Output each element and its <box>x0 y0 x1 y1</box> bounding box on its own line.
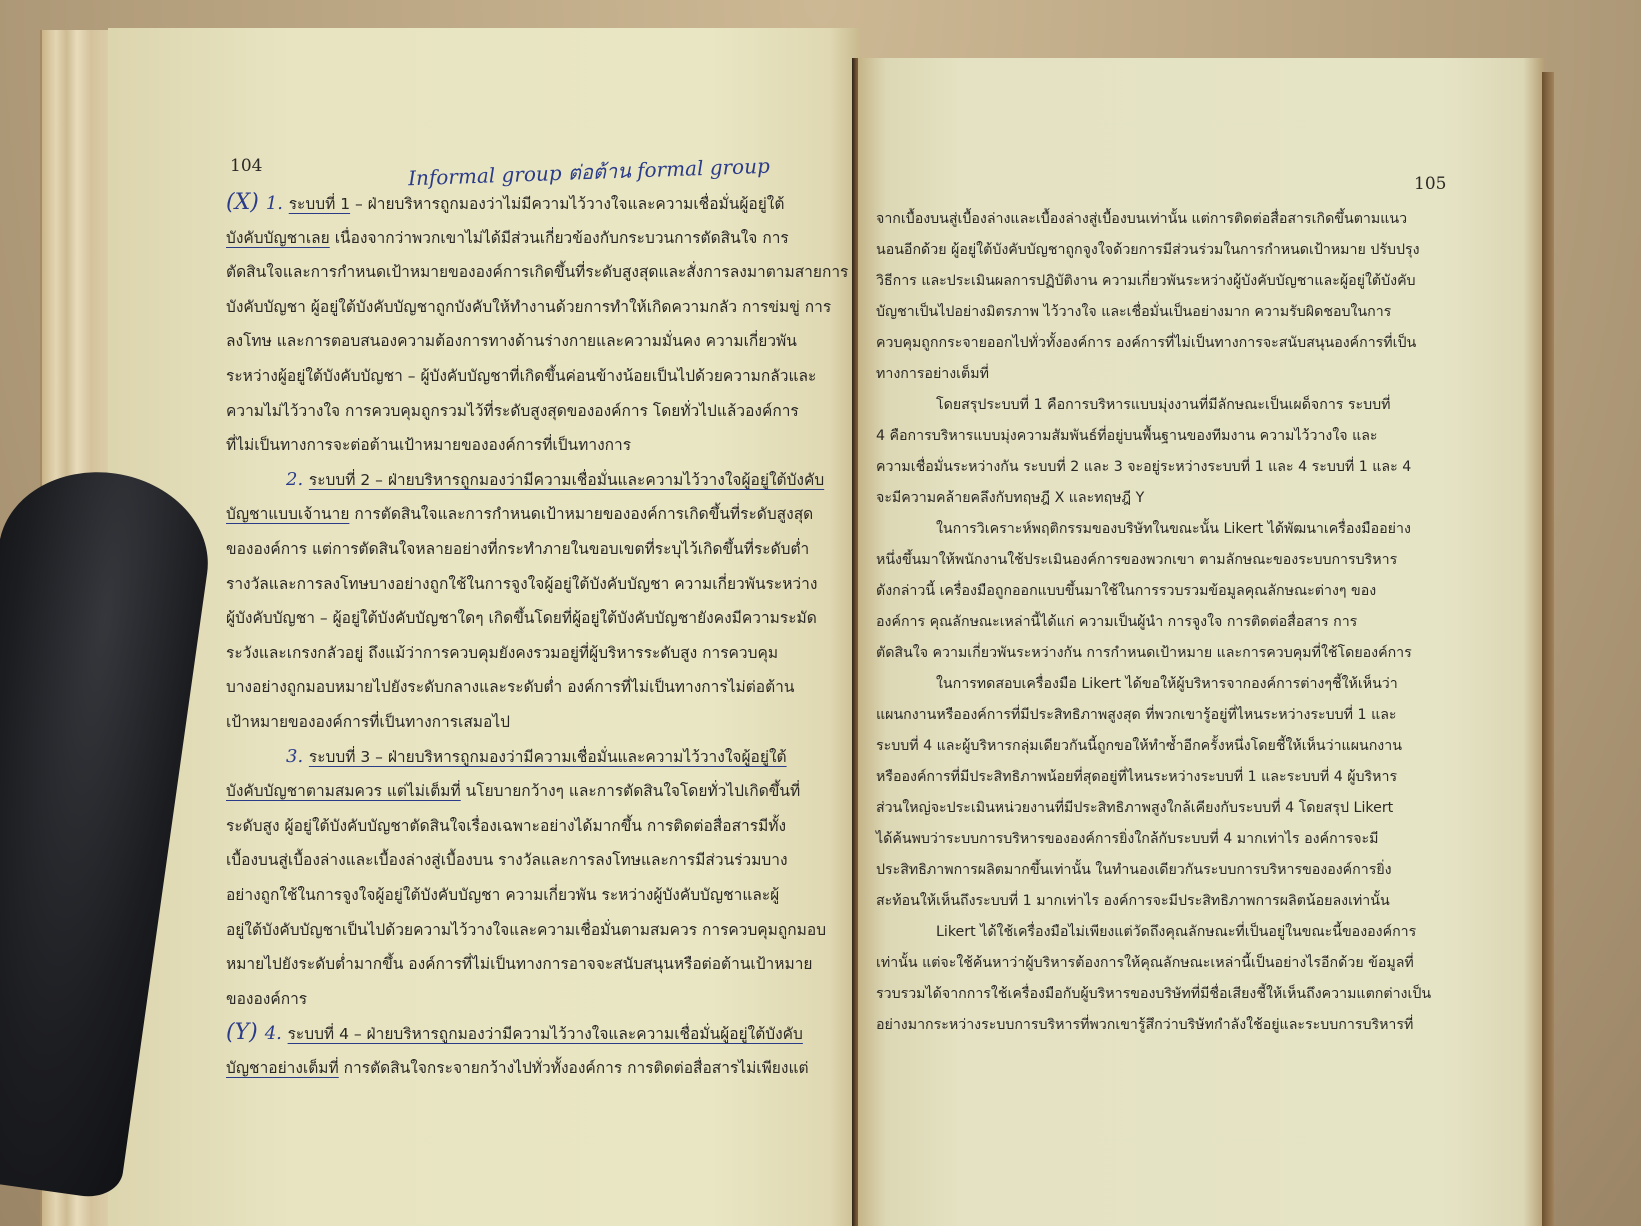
handwritten-mark: (Y) <box>226 1020 265 1045</box>
line-text: ประสิทธิภาพการผลิตมากขึ้นเท่านั้น ในทำนอ… <box>876 862 1392 878</box>
underlined-heading: บังคับบัญชาเลย <box>226 229 330 247</box>
handwritten-number: 2. <box>286 469 309 490</box>
text-line: จากเบื้องบนสู่เบื้องล่างและเบื้องล่างสู่… <box>876 208 1407 230</box>
underlined-heading: ระบบที่ 4 – ฝ่ายบริหารถูกมองว่ามีความไว้… <box>288 1025 803 1043</box>
text-line: ความไม่ไว้วางใจ การควบคุมถูกรวมไว้ที่ระด… <box>226 398 799 423</box>
text-line: ควบคุมถูกกระจายออกไปทั่วทั้งองค์การ องค์… <box>876 332 1416 354</box>
line-text: ควบคุมถูกกระจายออกไปทั่วทั้งองค์การ องค์… <box>876 335 1416 351</box>
underlined-heading: บัญชาแบบเจ้านาย <box>226 505 349 523</box>
text-line: รางวัลและการลงโทษบางอย่างถูกใช้ในการจูงใ… <box>226 571 817 596</box>
line-text: ทางการอย่างเต็มที่ <box>876 366 989 382</box>
underlined-heading: ระบบที่ 1 <box>289 195 350 213</box>
text-line: หมายไปยังระดับต่ำมากขึ้น องค์การที่ไม่เป… <box>226 951 812 976</box>
line-text: ระหว่างผู้อยู่ใต้บังคับบัญชา – ผู้บังคับ… <box>226 367 816 385</box>
text-line: บังคับบัญชาตามสมควร แต่ไม่เต็มที่ นโยบาย… <box>226 778 800 803</box>
text-line: ระหว่างผู้อยู่ใต้บังคับบัญชา – ผู้บังคับ… <box>226 363 816 388</box>
text-line: สะท้อนให้เห็นถึงระบบที่ 1 มากเท่าไร องค์… <box>876 890 1390 912</box>
handwritten-number: 3. <box>286 746 309 767</box>
line-text: หมายไปยังระดับต่ำมากขึ้น องค์การที่ไม่เป… <box>226 955 812 973</box>
line-text: บัญชาเป็นไปอย่างมิตรภาพ ไว้วางใจ และเชื่… <box>876 304 1391 320</box>
book-right-edge <box>1542 72 1554 1226</box>
text-line: โดยสรุประบบที่ 1 คือการบริหารแบบมุ่งงานท… <box>936 394 1391 416</box>
line-text: ระดับสูง ผู้อยู่ใต้บังคับบัญชาตัดสินใจเร… <box>226 817 786 835</box>
text-line: บังคับบัญชาเลย เนื่องจากว่าพวกเขาไม่ได้ม… <box>226 225 789 250</box>
text-line: จะมีความคล้ายคลึงกับทฤษฎี X และทฤษฎี Y <box>876 487 1144 509</box>
line-text: ความไม่ไว้วางใจ การควบคุมถูกรวมไว้ที่ระด… <box>226 402 799 420</box>
line-text: เบื้องบนสู่เบื้องล่างและเบื้องล่างสู่เบื… <box>226 851 788 869</box>
line-text: ในการทดสอบเครื่องมือ Likert ได้ขอให้ผู้บ… <box>936 676 1398 692</box>
text-line: หรือองค์การที่มีประสิทธิภาพน้อยที่สุดอยู… <box>876 766 1397 788</box>
right-page: 105 จากเบื้องบนสู่เบื้องล่างและเบื้องล่า… <box>858 58 1544 1226</box>
text-line: อย่างถูกใช้ในการจูงใจผู้อยู่ใต้บังคับบัญ… <box>226 882 779 907</box>
line-text: เนื่องจากว่าพวกเขาไม่ได้มีส่วนเกี่ยวข้อง… <box>330 229 789 247</box>
text-line: นอนอีกด้วย ผู้อยู่ใต้บังคับบัญชาถูกจูงใจ… <box>876 239 1420 261</box>
text-line: (Y) 4. ระบบที่ 4 – ฝ่ายบริหารถูกมองว่ามี… <box>226 1020 803 1046</box>
line-text: อย่างถูกใช้ในการจูงใจผู้อยู่ใต้บังคับบัญ… <box>226 886 779 904</box>
text-line: 4 คือการบริหารแบบมุ่งความสัมพันธ์ที่อยู่… <box>876 425 1378 447</box>
text-line: บัญชาแบบเจ้านาย การตัดสินใจและการกำหนดเป… <box>226 501 813 526</box>
line-text: หนึ่งขึ้นมาให้พนักงานใช้ประเมินองค์การขอ… <box>876 552 1397 568</box>
line-text: ระวังและเกรงกลัวอยู่ ถึงแม้ว่าการควบคุมย… <box>226 644 778 662</box>
text-line: ตัดสินใจและการกำหนดเป้าหมายขององค์การเกิ… <box>226 259 848 284</box>
text-line: ความเชื่อมั่นระหว่างกัน ระบบที่ 2 และ 3 … <box>876 456 1411 478</box>
line-text: นโยบายกว้างๆ และการตัดสินใจโดยทั่วไปเกิด… <box>461 782 800 800</box>
line-text: ที่ไม่เป็นทางการจะต่อต้านเป้าหมายขององค์… <box>226 436 631 454</box>
text-line: Likert ได้ใช้เครื่องมือไม่เพียงแต่วัดถึง… <box>936 921 1416 943</box>
line-text: ส่วนใหญ่จะประเมินหน่วยงานที่มีประสิทธิภา… <box>876 800 1393 816</box>
line-text: ตัดสินใจและการกำหนดเป้าหมายขององค์การเกิ… <box>226 263 848 281</box>
underlined-heading: ระบบที่ 3 – ฝ่ายบริหารถูกมองว่ามีความเชื… <box>309 748 787 766</box>
line-text: – ฝ่ายบริหารถูกมองว่าไม่มีความไว้วางใจแล… <box>350 195 784 213</box>
line-text: ในการวิเคราะห์พฤติกรรมของบริษัทในขณะนั้น… <box>936 521 1411 537</box>
text-line: ประสิทธิภาพการผลิตมากขึ้นเท่านั้น ในทำนอ… <box>876 859 1392 881</box>
line-text: สะท้อนให้เห็นถึงระบบที่ 1 มากเท่าไร องค์… <box>876 893 1390 909</box>
text-line: อย่างมากระหว่างระบบการบริหารที่พวกเขารู้… <box>876 1014 1413 1036</box>
text-line: ระวังและเกรงกลัวอยู่ ถึงแม้ว่าการควบคุมย… <box>226 640 778 665</box>
line-text: วิธีการ และประเมินผลการปฏิบัติงาน ความเก… <box>876 273 1416 289</box>
text-line: บัญชาอย่างเต็มที่ การตัดสินใจกระจายกว้าง… <box>226 1055 809 1080</box>
line-text: ตัดสินใจ ความเกี่ยวพันระหว่างกัน การกำหน… <box>876 645 1412 661</box>
text-line: องค์การ คุณลักษณะเหล่านี้ได้แก่ ความเป็น… <box>876 611 1357 633</box>
text-line: ในการวิเคราะห์พฤติกรรมของบริษัทในขณะนั้น… <box>936 518 1411 540</box>
line-text: โดยสรุประบบที่ 1 คือการบริหารแบบมุ่งงานท… <box>936 397 1391 413</box>
line-text: เท่านั้น แต่จะใช้ค้นหาว่าผู้บริหารต้องกา… <box>876 955 1414 971</box>
text-line: 2. ระบบที่ 2 – ฝ่ายบริหารถูกมองว่ามีความ… <box>286 467 824 492</box>
text-line: รวบรวมได้จากการใช้เครื่องมือกับผู้บริหาร… <box>876 983 1431 1005</box>
handwritten-number: 4. <box>265 1023 288 1044</box>
text-line: ทางการอย่างเต็มที่ <box>876 363 989 385</box>
line-text: บางอย่างถูกมอบหมายไปยังระดับกลางและระดับ… <box>226 678 794 696</box>
handwritten-number: 1. <box>266 193 289 214</box>
line-text: จะมีความคล้ายคลึงกับทฤษฎี X และทฤษฎี Y <box>876 490 1144 506</box>
line-text: อยู่ใต้บังคับบัญชาเป็นไปด้วยความไว้วางใจ… <box>226 921 826 939</box>
line-text: จากเบื้องบนสู่เบื้องล่างและเบื้องล่างสู่… <box>876 211 1407 227</box>
text-line: อยู่ใต้บังคับบัญชาเป็นไปด้วยความไว้วางใจ… <box>226 917 826 942</box>
text-line: หนึ่งขึ้นมาให้พนักงานใช้ประเมินองค์การขอ… <box>876 549 1397 571</box>
line-text: หรือองค์การที่มีประสิทธิภาพน้อยที่สุดอยู… <box>876 769 1397 785</box>
line-text: เป้าหมายขององค์การที่เป็นทางการเสมอไป <box>226 713 510 731</box>
text-line: บังคับบัญชา ผู้อยู่ใต้บังคับบัญชาถูกบังค… <box>226 294 831 319</box>
page-number-left: 104 <box>230 156 262 176</box>
line-text: อย่างมากระหว่างระบบการบริหารที่พวกเขารู้… <box>876 1017 1413 1033</box>
line-text: ระบบที่ 4 และผู้บริหารกลุ่มเดียวกันนี้ถู… <box>876 738 1402 754</box>
text-line: ลงโทษ และการตอบสนองความต้องการทางด้านร่า… <box>226 328 797 353</box>
text-line: ส่วนใหญ่จะประเมินหน่วยงานที่มีประสิทธิภา… <box>876 797 1393 819</box>
text-line: ที่ไม่เป็นทางการจะต่อต้านเป้าหมายขององค์… <box>226 432 631 457</box>
line-text: นอนอีกด้วย ผู้อยู่ใต้บังคับบัญชาถูกจูงใจ… <box>876 242 1420 258</box>
line-text: ขององค์การ แต่การตัดสินใจหลายอย่างที่กระ… <box>226 540 809 558</box>
underlined-heading: บังคับบัญชาตามสมควร แต่ไม่เต็มที่ <box>226 782 461 800</box>
text-line: แผนกงานหรือองค์การที่มีประสิทธิภาพสูงสุด… <box>876 704 1397 726</box>
text-line: ระดับสูง ผู้อยู่ใต้บังคับบัญชาตัดสินใจเร… <box>226 813 786 838</box>
text-line: เป้าหมายขององค์การที่เป็นทางการเสมอไป <box>226 709 510 734</box>
line-text: ได้ค้นพบว่าระบบการบริหารขององค์การยิ่งใก… <box>876 831 1379 847</box>
line-text: บังคับบัญชา ผู้อยู่ใต้บังคับบัญชาถูกบังค… <box>226 298 831 316</box>
text-line: เท่านั้น แต่จะใช้ค้นหาว่าผู้บริหารต้องกา… <box>876 952 1414 974</box>
line-text: ขององค์การ <box>226 990 307 1008</box>
line-text: รวบรวมได้จากการใช้เครื่องมือกับผู้บริหาร… <box>876 986 1431 1002</box>
text-line: ตัดสินใจ ความเกี่ยวพันระหว่างกัน การกำหน… <box>876 642 1412 664</box>
line-text: ดังกล่าวนี้ เครื่องมือถูกออกแบบขึ้นมาใช้… <box>876 583 1376 599</box>
line-text: Likert ได้ใช้เครื่องมือไม่เพียงแต่วัดถึง… <box>936 924 1416 940</box>
text-line: บางอย่างถูกมอบหมายไปยังระดับกลางและระดับ… <box>226 674 794 699</box>
line-text: แผนกงานหรือองค์การที่มีประสิทธิภาพสูงสุด… <box>876 707 1397 723</box>
text-line: 3. ระบบที่ 3 – ฝ่ายบริหารถูกมองว่ามีความ… <box>286 744 787 769</box>
underlined-heading: ระบบที่ 2 – ฝ่ายบริหารถูกมองว่ามีความเชื… <box>309 471 824 489</box>
line-text: รางวัลและการลงโทษบางอย่างถูกใช้ในการจูงใ… <box>226 575 817 593</box>
handwritten-mark: (X) <box>226 190 266 215</box>
text-line: วิธีการ และประเมินผลการปฏิบัติงาน ความเก… <box>876 270 1416 292</box>
text-line: ขององค์การ <box>226 986 307 1011</box>
line-text: 4 คือการบริหารแบบมุ่งความสัมพันธ์ที่อยู่… <box>876 428 1378 444</box>
text-line: (X) 1. ระบบที่ 1 – ฝ่ายบริหารถูกมองว่าไม… <box>226 190 784 216</box>
text-line: บัญชาเป็นไปอย่างมิตรภาพ ไว้วางใจ และเชื่… <box>876 301 1391 323</box>
text-line: ระบบที่ 4 และผู้บริหารกลุ่มเดียวกันนี้ถู… <box>876 735 1402 757</box>
text-line: เบื้องบนสู่เบื้องล่างและเบื้องล่างสู่เบื… <box>226 847 788 872</box>
text-line: ได้ค้นพบว่าระบบการบริหารขององค์การยิ่งใก… <box>876 828 1379 850</box>
handwritten-note: Informal group ต่อต้าน formal group <box>408 150 771 195</box>
line-text: การตัดสินใจกระจายกว้างไปทั่วทั้งองค์การ … <box>339 1059 809 1077</box>
line-text: องค์การ คุณลักษณะเหล่านี้ได้แก่ ความเป็น… <box>876 614 1357 630</box>
text-line: ขององค์การ แต่การตัดสินใจหลายอย่างที่กระ… <box>226 536 809 561</box>
text-line: ในการทดสอบเครื่องมือ Likert ได้ขอให้ผู้บ… <box>936 673 1398 695</box>
page-number-right: 105 <box>1414 174 1446 194</box>
underlined-heading: บัญชาอย่างเต็มที่ <box>226 1059 339 1077</box>
text-line: ดังกล่าวนี้ เครื่องมือถูกออกแบบขึ้นมาใช้… <box>876 580 1376 602</box>
line-text: ความเชื่อมั่นระหว่างกัน ระบบที่ 2 และ 3 … <box>876 459 1411 475</box>
left-page: 104 Informal group ต่อต้าน formal group … <box>108 28 860 1226</box>
line-text: ลงโทษ และการตอบสนองความต้องการทางด้านร่า… <box>226 332 797 350</box>
text-line: ผู้บังคับบัญชา – ผู้อยู่ใต้บังคับบัญชาใด… <box>226 605 817 630</box>
line-text: การตัดสินใจและการกำหนดเป้าหมายขององค์การ… <box>349 505 813 523</box>
line-text: ผู้บังคับบัญชา – ผู้อยู่ใต้บังคับบัญชาใด… <box>226 609 817 627</box>
